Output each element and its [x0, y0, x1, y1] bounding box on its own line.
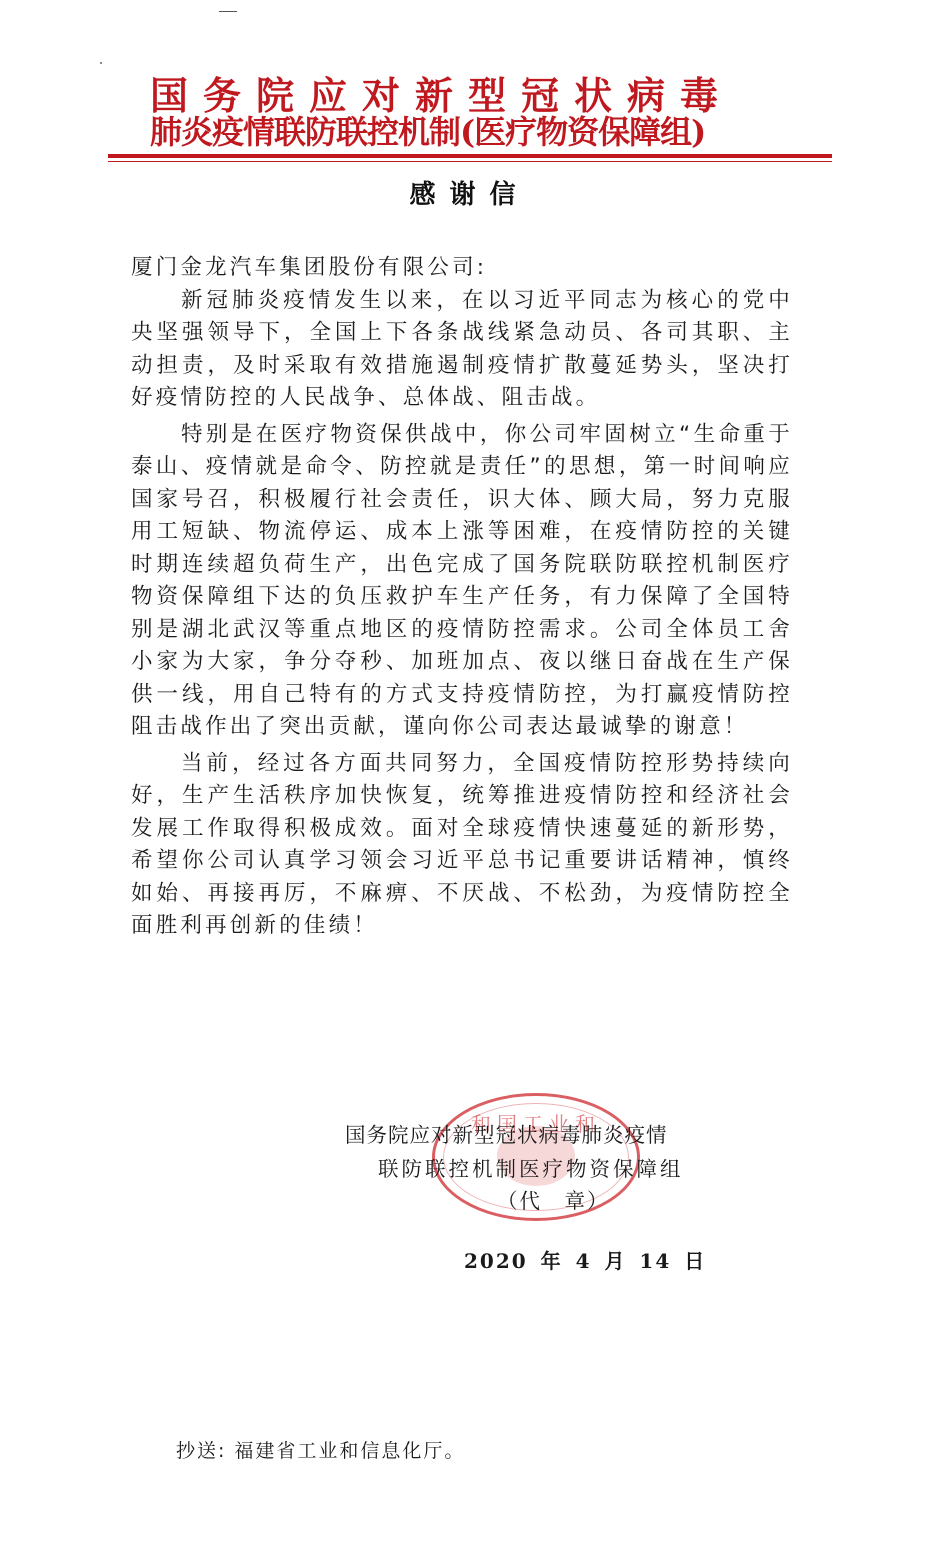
letterhead-org-line2: 肺炎疫情联防联控机制(医疗物资保障组)	[150, 113, 792, 151]
letterhead-rule-thick	[108, 154, 832, 158]
signature-date: 2020 年 4 月 14 日	[464, 1245, 706, 1274]
cc-label: 抄送:	[176, 1440, 226, 1462]
letterhead-rule-thin	[108, 161, 832, 162]
document-title: 感谢信	[0, 175, 939, 215]
letter-body: 厦门金龙汽车集团股份有限公司: 新冠肺炎疫情发生以来，在以习近平同志为核心的党中…	[131, 252, 793, 943]
signature-proxy-seal-note: （代 章）	[497, 1184, 610, 1214]
paragraph-1: 新冠肺炎疫情发生以来，在以习近平同志为核心的党中央坚强领导下，全国上下各条战线紧…	[131, 285, 793, 415]
salutation: 厦门金龙汽车集团股份有限公司:	[131, 252, 793, 285]
letterhead-org-line1: 国务院应对新型冠状病毒	[150, 74, 792, 118]
signature-line-1: 国务院应对新型冠状病毒肺炎疫情	[345, 1118, 668, 1148]
signature-line-2: 联防联控机制医疗物资保障组	[378, 1152, 684, 1182]
scan-artifact	[100, 62, 102, 64]
cc-recipient: 福建省工业和信息化厅。	[234, 1440, 465, 1462]
carbon-copy: 抄送:福建省工业和信息化厅。	[176, 1436, 465, 1463]
paragraph-2: 特别是在医疗物资保供战中，你公司牢固树立“生命重于泰山、疫情就是命令、防控就是责…	[131, 419, 793, 744]
scan-artifact	[219, 11, 237, 12]
paragraph-3: 当前，经过各方面共同努力，全国疫情防控形势持续向好，生产生活秩序加快恢复，统筹推…	[131, 748, 793, 943]
